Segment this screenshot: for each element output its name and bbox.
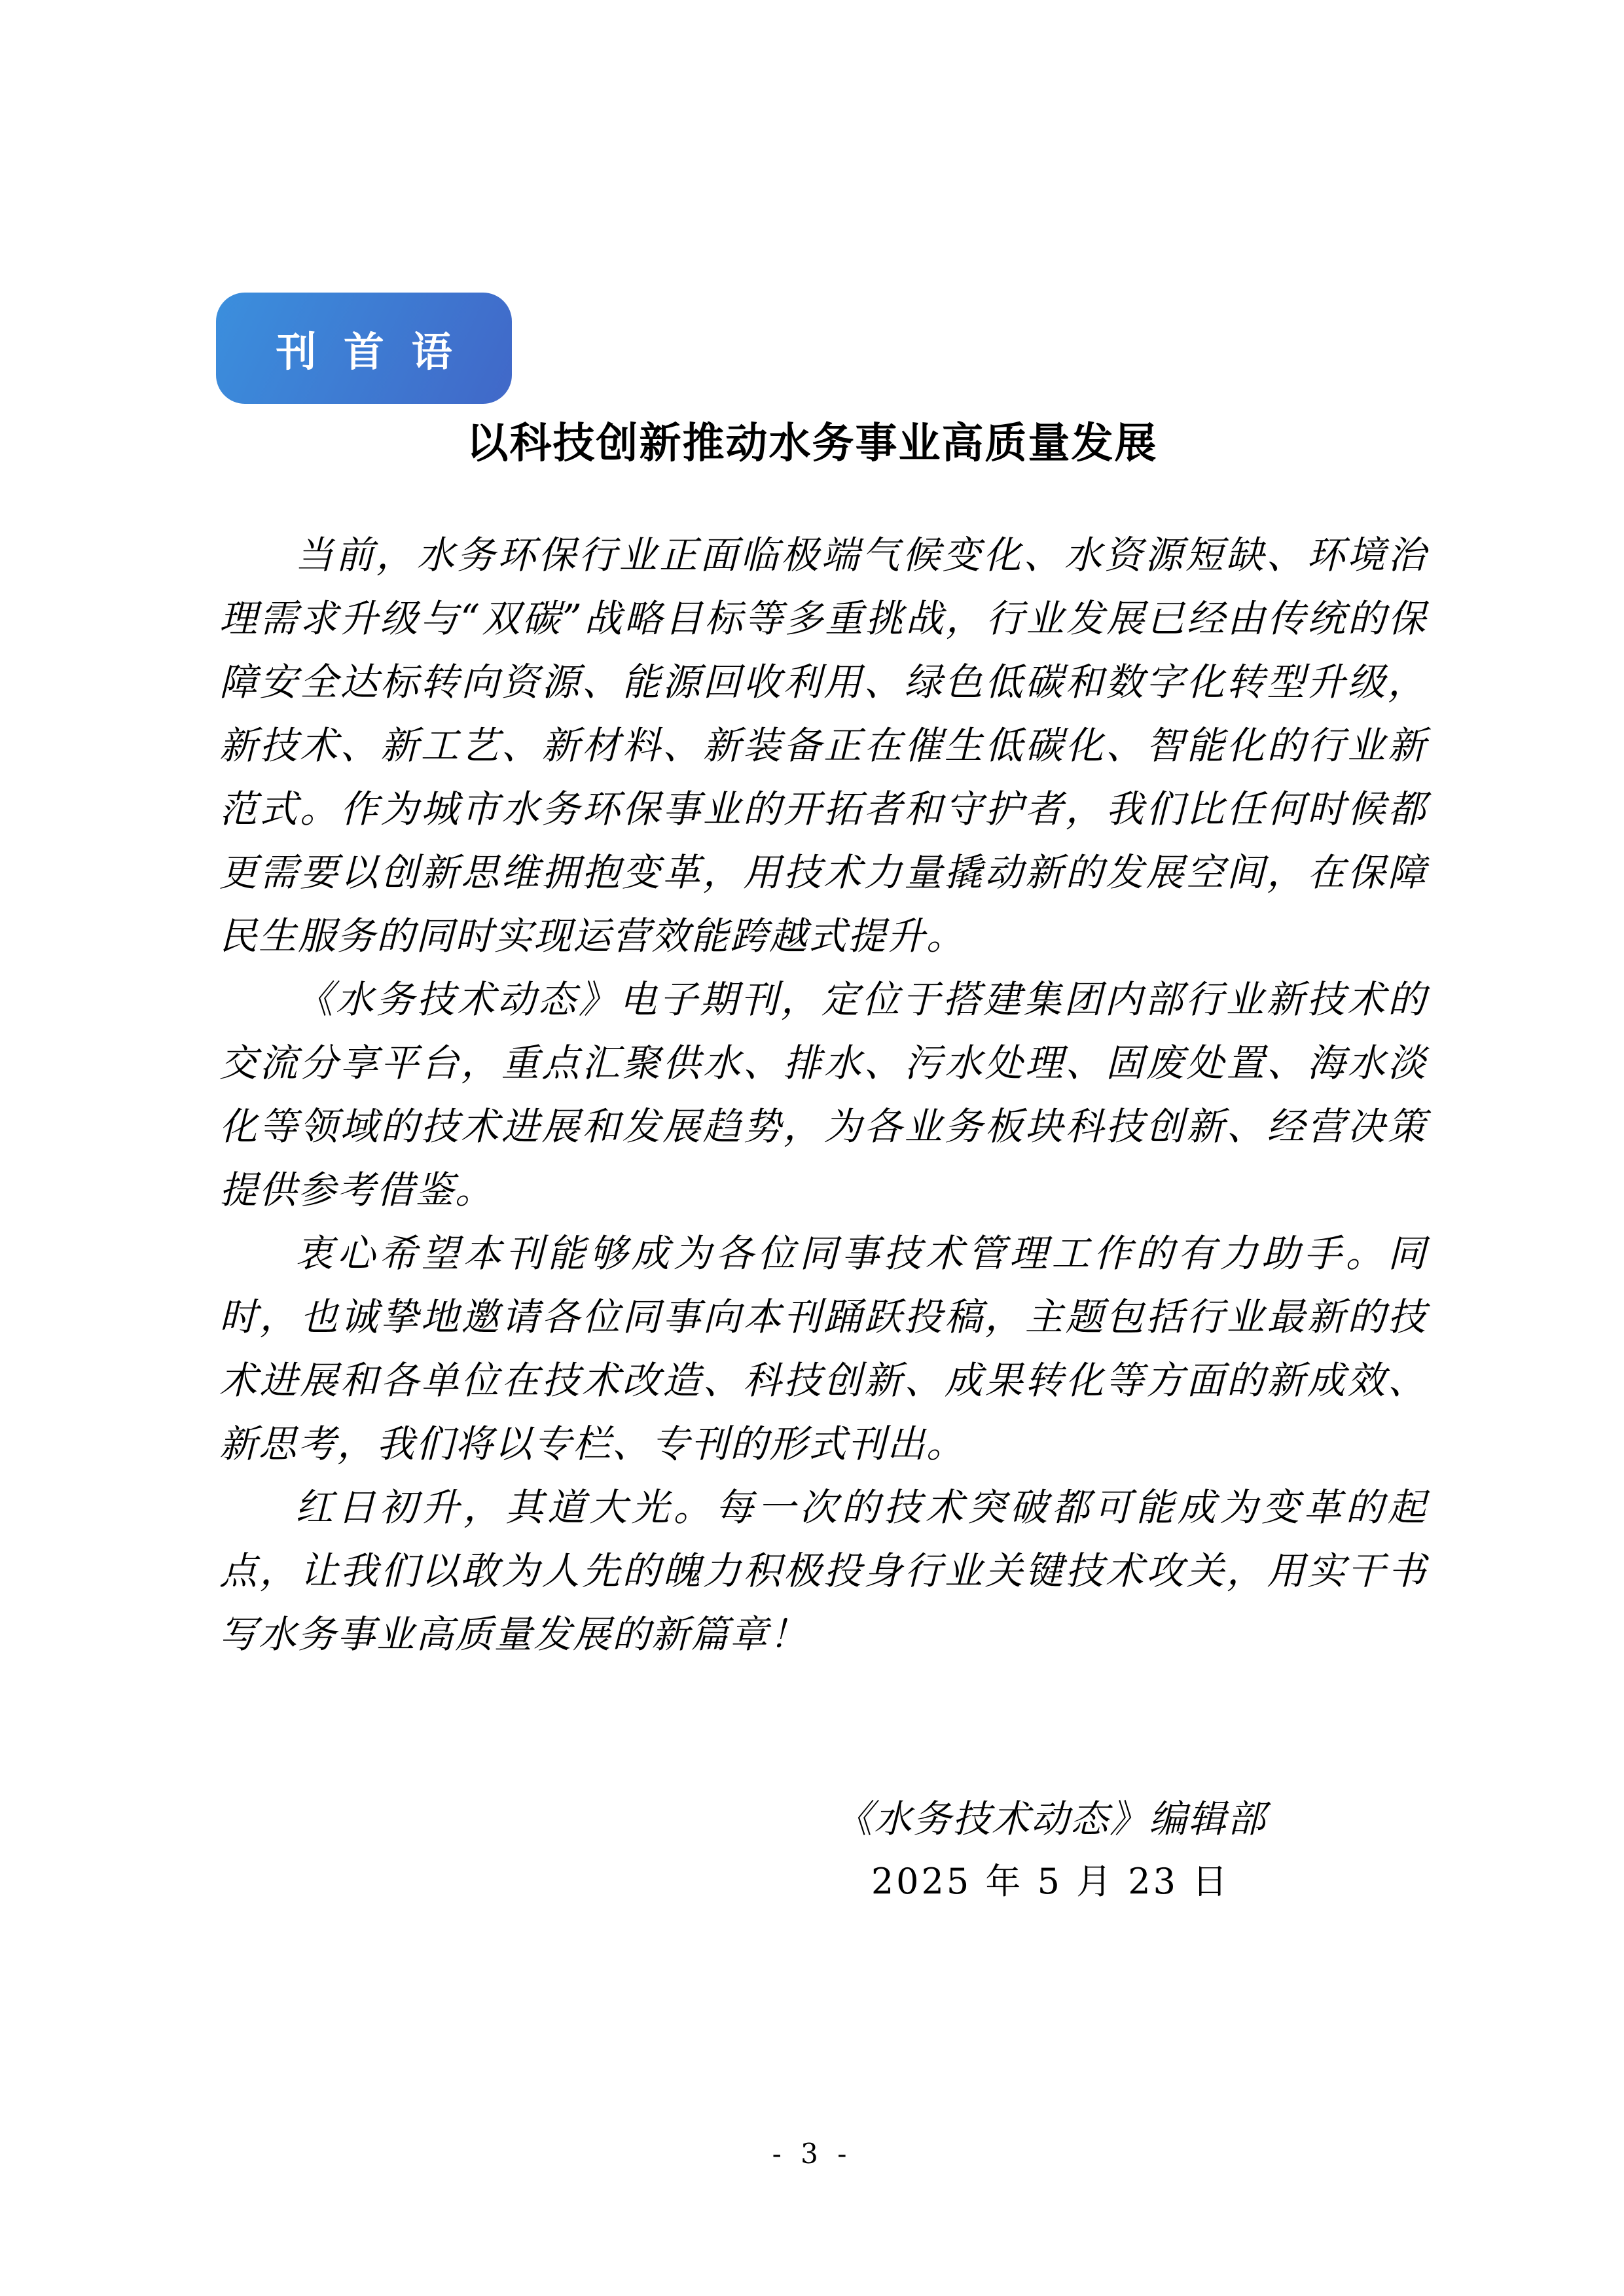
paragraph-1: 当前，水务环保行业正面临极端气候变化、水资源短缺、环境治理需求升级与“双碳”战略… [219, 524, 1427, 968]
paragraph-3: 衷心希望本刊能够成为各位同事技术管理工作的有力助手。同时，也诚挚地邀请各位同事向… [219, 1222, 1427, 1476]
page-number: - 3 - [0, 2138, 1624, 2170]
signature-date: 2025 年 5 月 23 日 [478, 1850, 1623, 1912]
signature-block: 《水务技术动态》编辑部 2025 年 5 月 23 日 [478, 1788, 1623, 1912]
paragraph-2: 《水务技术动态》电子期刊，定位于搭建集团内部行业新技术的交流分享平台，重点汇聚供… [219, 968, 1427, 1222]
article-title: 以科技创新推动水务事业高质量发展 [0, 419, 1624, 469]
foreword-badge-label: 刊 首 语 [269, 319, 458, 378]
foreword-badge: 刊 首 语 [216, 293, 512, 404]
article-body: 当前，水务环保行业正面临极端气候变化、水资源短缺、环境治理需求升级与“双碳”战略… [219, 524, 1427, 1666]
paragraph-4: 红日初升，其道大光。每一次的技术突破都可能成为变革的起点，让我们以敢为人先的魄力… [219, 1476, 1427, 1666]
document-page: 刊 首 语 以科技创新推动水务事业高质量发展 当前，水务环保行业正面临极端气候变… [0, 0, 1624, 2296]
signature-org: 《水务技术动态》编辑部 [478, 1788, 1623, 1850]
